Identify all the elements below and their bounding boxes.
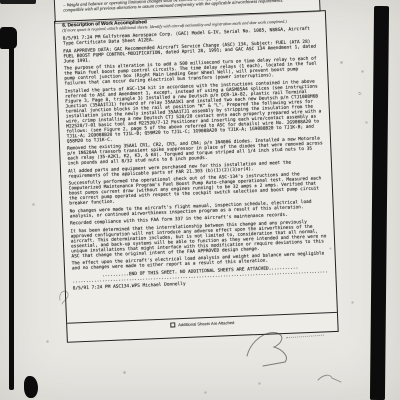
scribble-large: [247, 332, 286, 366]
work-description-content: 8. Description of Work Accomplished (If …: [55, 11, 337, 324]
film-edge-right: [370, 6, 389, 400]
film-edge-left-bottom-blob: [24, 376, 38, 398]
faint-pencil-mark: [286, 335, 324, 343]
paragraph-installation: Installed the parts of ASC-134 kit in ac…: [65, 79, 323, 144]
additional-sheets-label: Additional Sheets Are Attached: [178, 320, 234, 327]
scribble-tick-marks: [358, 92, 361, 95]
cutoff-text-fragment: [0, 0, 36, 4]
scribble-small: [318, 375, 341, 382]
additional-sheets-checkbox-icon: [170, 322, 176, 328]
paper-speckles: [0, 0, 1, 1]
film-edge-left: [9, 34, 14, 390]
description-of-work-box: 8. Description of Work Accomplished (If …: [54, 10, 339, 343]
scanned-faa-form-337-page: – Weight and balance or operating limita…: [0, 0, 400, 400]
film-edge-left-blob: [0, 27, 17, 49]
